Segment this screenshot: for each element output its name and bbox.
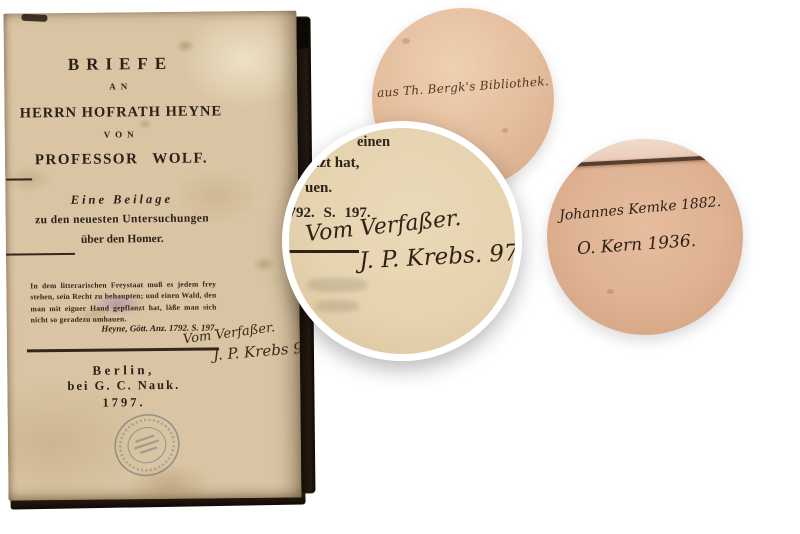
library-stamp [103, 403, 190, 488]
magnified-inscription-line-2: J. P. Krebs. 97. [358, 240, 522, 275]
paper-speck [607, 289, 614, 294]
motto-quote: In dem litterarischen Freystaat muß es j… [30, 278, 216, 326]
detail-circle-owners: Johannes Kemke 1882. O. Kern 1936. [547, 139, 743, 335]
title-page: BRIEFE AN HERRN HOFRATH HEYNE VON PROFES… [3, 11, 301, 501]
title-word-von: VON [19, 128, 224, 140]
ink-smudge [21, 14, 47, 22]
detail-circle-author-inscription: einen nzt hat, uen. 1792. S. 197. Vom Ve… [282, 121, 522, 361]
imprint-publisher: bei G. C. Nauk. [21, 377, 226, 394]
print-fragment: uen. [305, 180, 332, 197]
show-through-text [315, 300, 359, 312]
imprint-year: 1797. [21, 394, 226, 411]
title-word-an: AN [18, 80, 223, 92]
paper-speck [502, 128, 508, 133]
book-photo: BRIEFE AN HERRN HOFRATH HEYNE VON PROFES… [3, 8, 315, 508]
print-fragment: nzt hat, [311, 155, 359, 172]
provenance-inscription: aus Th. Bergk's Bibliothek. [372, 74, 554, 101]
printed-rule-fragment [282, 250, 359, 253]
title-page-text-column: BRIEFE AN HERRN HOFRATH HEYNE VON PROFES… [17, 11, 222, 13]
subtitle-line-1: Eine Beilage [19, 191, 224, 208]
subtitle-line-2: zu den neuesten Untersuchungen [20, 212, 225, 226]
divider-rule-long [3, 253, 75, 256]
owner-inscription-kern: O. Kern 1936. [576, 231, 696, 259]
addressee-line: HERRN HOFRATH HEYNE [18, 103, 223, 122]
divider-rule-short [6, 178, 32, 180]
paper-speck [402, 38, 410, 44]
show-through-text [307, 278, 367, 292]
print-fragment: einen [357, 134, 390, 151]
page-canvas: BRIEFE AN HERRN HOFRATH HEYNE VON PROFES… [0, 0, 800, 534]
author-line: PROFESSOR WOLF. [19, 150, 224, 169]
subtitle-line-3: über den Homer. [20, 232, 225, 246]
divider-rule-imprint [27, 347, 219, 352]
owner-inscription-kemke: Johannes Kemke 1882. [559, 194, 722, 224]
book-title: BRIEFE [18, 53, 223, 75]
